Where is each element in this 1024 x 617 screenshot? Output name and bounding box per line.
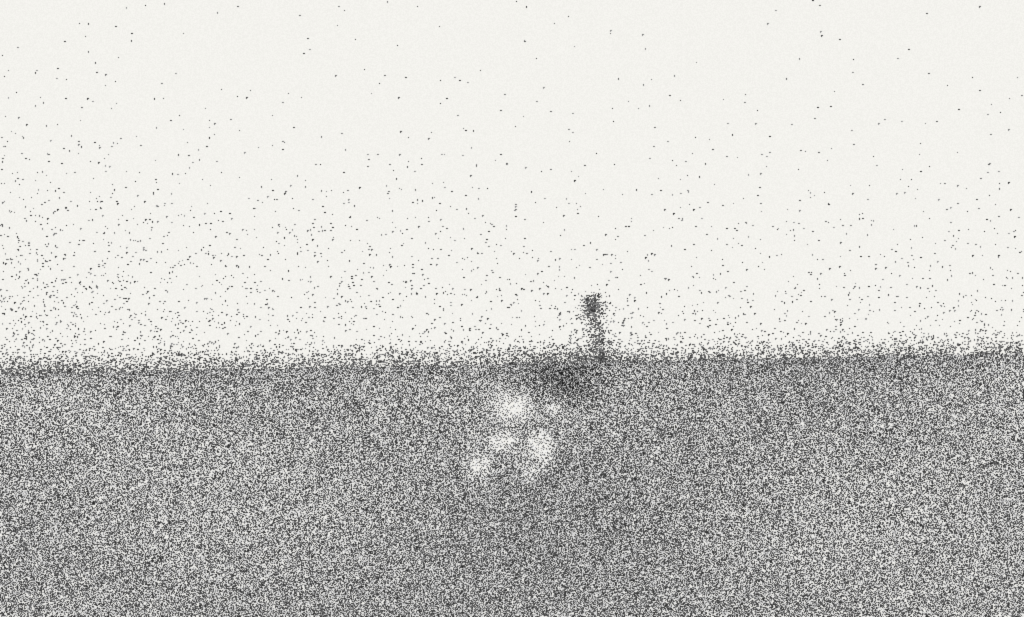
stipple-noise-canvas xyxy=(0,0,1024,617)
artwork-frame xyxy=(0,0,1024,617)
